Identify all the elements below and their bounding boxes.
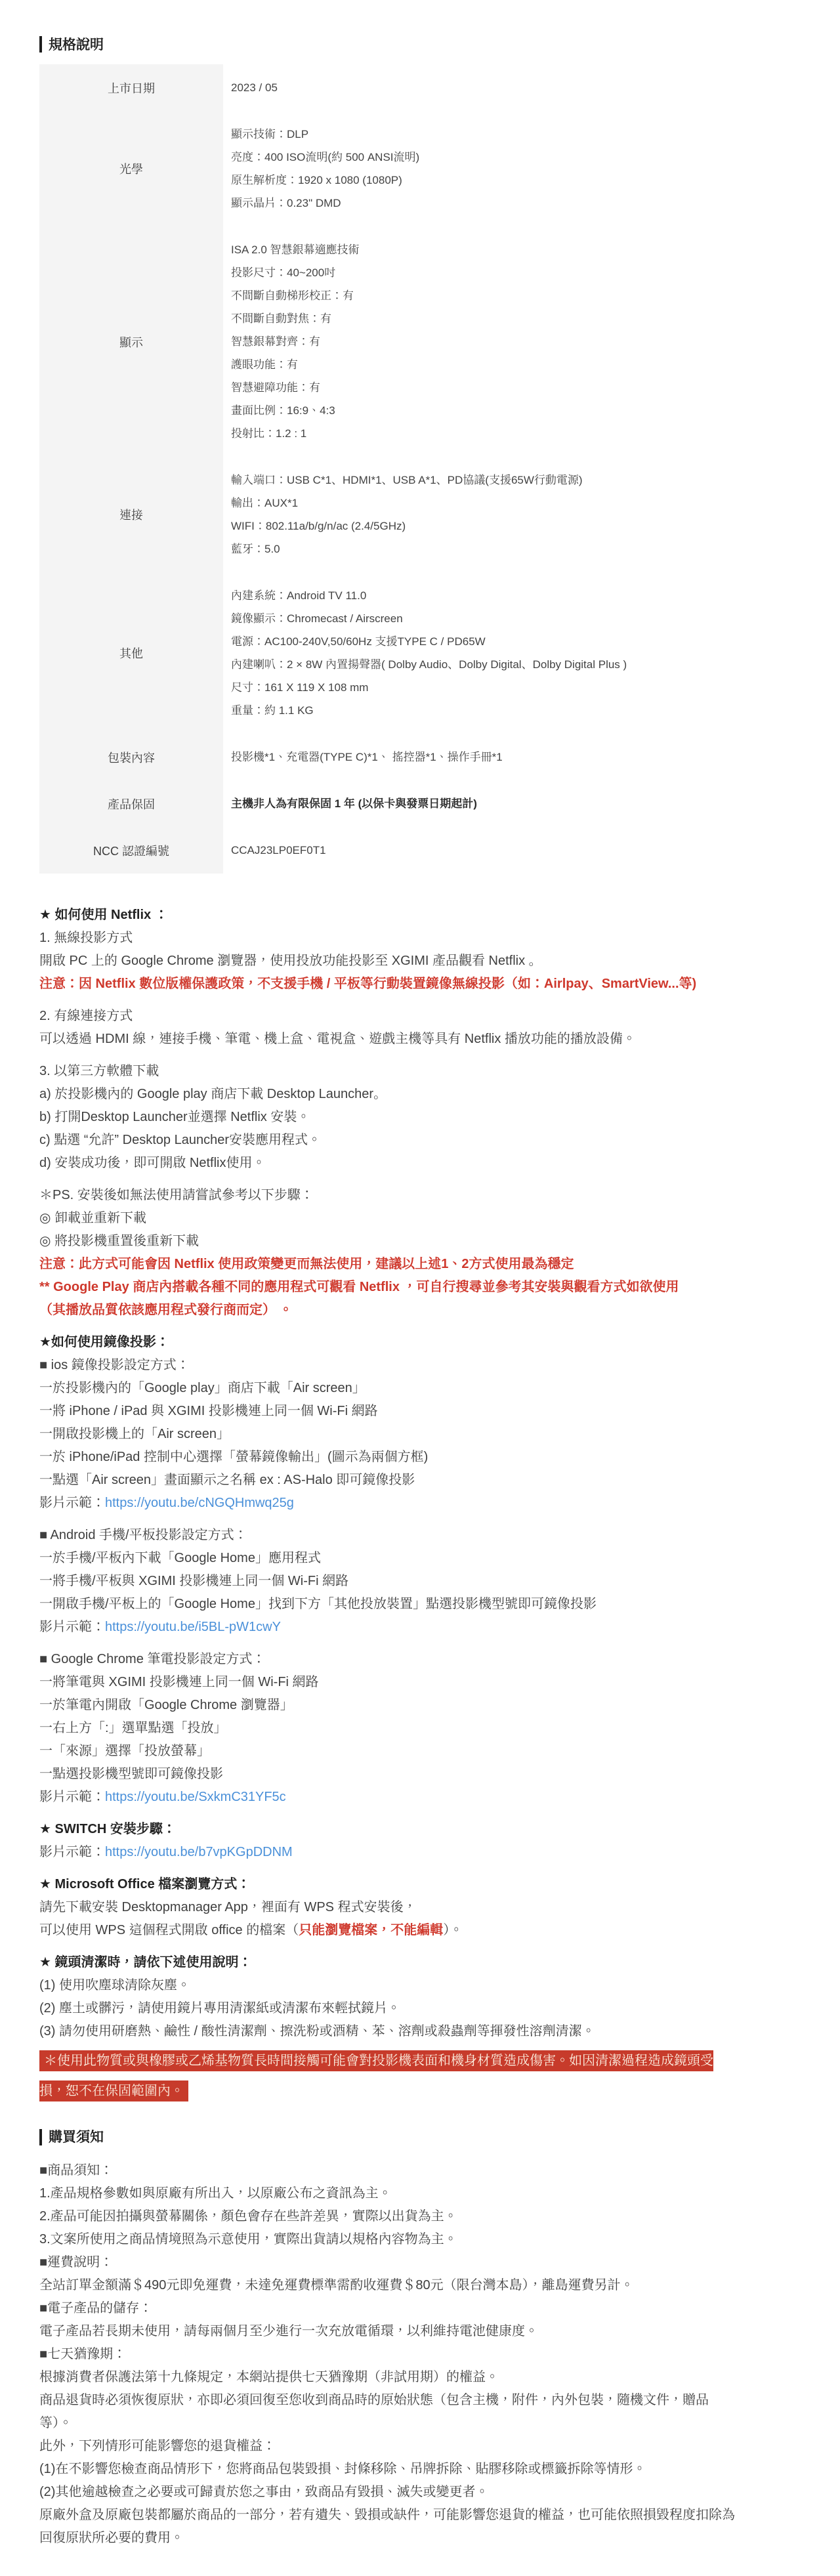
spec-row-others: 其他 內建系統：Android TV 11.0 鏡像顯示：Chromecast … <box>39 572 748 734</box>
purchase-notes-body: ■商品須知： 1.產品規格參數如與原廠有所出入，以原廠公布之資訊為主。 2.產品… <box>39 2159 735 2550</box>
spec-row-label: NCC 認證編號 <box>39 827 223 874</box>
spec-row-value: 投影機*1、充電器(TYPE C)*1、 搖控器*1、操作手冊*1 <box>223 734 748 780</box>
chrome-demo-video-link[interactable]: https://youtu.be/SxkmC31YF5c <box>105 1790 286 1804</box>
spec-row-optics: 光學 顯示技術：DLP 亮度：400 ISO流明(約 500 ANSI流明) 原… <box>39 111 748 226</box>
purchase-notes-section: 購買須知 ■商品須知： 1.產品規格參數如與原廠有所出入，以原廠公布之資訊為主。… <box>39 2126 735 2550</box>
spec-row-warranty: 產品保固 主機非人為有限保固 1 年 (以保卡與發票日期起計) <box>39 780 748 827</box>
ios-demo-video-link[interactable]: https://youtu.be/cNGQHmwq25g <box>105 1496 294 1510</box>
netflix-third-party-method: 3. 以第三方軟體下載 a) 於投影機內的 Google play 商店下載 D… <box>39 1060 735 1175</box>
purchase-section-title: 購買須知 <box>49 2126 104 2149</box>
mirror-ios-steps: ■ ios 鏡像投影設定方式： 一於投影機內的「Google play」商店下載… <box>39 1354 735 1492</box>
spec-row-value: ISA 2.0 智慧銀幕適應技術 投影尺寸：40~200吋 不間斷自動梯形校正：… <box>223 226 748 457</box>
spec-section-header: 規格說明 <box>39 34 748 54</box>
netflix-googleplay-warning: ** Google Play 商店內搭載各種不同的應用程式可觀看 Netflix… <box>39 1276 735 1322</box>
spec-row-label: 顯示 <box>39 226 223 457</box>
product-detail-page: 規格說明 上市日期 2023 / 05 光學 顯示技術：DLP 亮度：400 I… <box>0 0 748 2576</box>
demo-label: 影片示範： <box>39 1496 105 1510</box>
spec-row-value: CCAJ23LP0EF0T1 <box>223 827 748 874</box>
switch-install-title: ★ SWITCH 安裝步驟： <box>39 1818 735 1841</box>
spec-row-value: 主機非人為有限保固 1 年 (以保卡與發票日期起計) <box>223 780 748 827</box>
netflix-wireless-method: 1. 無線投影方式 開啟 PC 上的 Google Chrome 瀏覽器，使用投… <box>39 927 735 973</box>
spec-section: 規格說明 上市日期 2023 / 05 光學 顯示技術：DLP 亮度：400 I… <box>39 34 748 874</box>
netflix-ps-steps: ＊PS. 安裝後如無法使用請嘗試參考以下步驟： ◎ 卸載並重新下載 ◎ 將投影機… <box>39 1184 735 1253</box>
switch-demo: 影片示範：https://youtu.be/b7vpKGpDDNM <box>39 1841 735 1864</box>
mirror-guide-title: ★如何使用鏡像投影： <box>39 1331 735 1354</box>
mirror-android-steps: ■ Android 手機/平板投影設定方式： 一於手機/平板內下載「Google… <box>39 1524 735 1616</box>
purchase-section-header: 購買須知 <box>39 2126 735 2149</box>
spec-row-value: 2023 / 05 <box>223 64 748 111</box>
demo-label: 影片示範： <box>39 1790 105 1804</box>
mirror-android-demo: 影片示範：https://youtu.be/i5BL-pW1cwY <box>39 1616 735 1639</box>
spec-row-value: 顯示技術：DLP 亮度：400 ISO流明(約 500 ANSI流明) 原生解析… <box>223 111 748 226</box>
switch-demo-video-link[interactable]: https://youtu.be/b7vpKGpDDNM <box>105 1845 293 1859</box>
spec-row-ncc-id: NCC 認證編號 CCAJ23LP0EF0T1 <box>39 827 748 874</box>
cleaning-warning-highlight: ＊使用此物質或與橡膠或乙烯基物質長時間接觸可能會對投影機表面和機身材質造成傷害。… <box>39 2050 713 2101</box>
android-demo-video-link[interactable]: https://youtu.be/i5BL-pW1cwY <box>105 1620 281 1634</box>
spec-section-title: 規格說明 <box>49 34 104 54</box>
mirror-chrome-demo: 影片示範：https://youtu.be/SxkmC31YF5c <box>39 1786 735 1809</box>
spec-row-connectivity: 連接 輸入端口：USB C*1、HDMI*1、USB A*1、PD協議(支援65… <box>39 457 748 572</box>
office-line2-post: ）。 <box>443 1923 463 1937</box>
spec-row-label: 連接 <box>39 457 223 572</box>
netflix-wireless-warning: 注意：因 Netflix 數位版權保護政策，不支援手機 / 平板等行動裝置鏡像無… <box>39 973 735 996</box>
demo-label: 影片示範： <box>39 1845 105 1859</box>
header-bar <box>39 36 42 53</box>
cleaning-steps: (1) 使用吹塵球清除灰塵。 (2) 塵土或髒污，請使用鏡片專用清潔紙或清潔布來… <box>39 1974 735 2043</box>
header-bar <box>39 2129 42 2145</box>
spec-row-value: 輸入端口：USB C*1、HDMI*1、USB A*1、PD協議(支援65W行動… <box>223 457 748 572</box>
netflix-wired-method: 2. 有線連接方式 可以透過 HDMI 線，連接手機、筆電、機上盒、電視盒、遊戲… <box>39 1005 735 1051</box>
spec-row-label: 光學 <box>39 111 223 226</box>
cleaning-warning: ＊使用此物質或與橡膠或乙烯基物質長時間接觸可能會對投影機表面和機身材質造成傷害。… <box>39 2046 735 2106</box>
office-guide-line1: 請先下載安裝 Desktopmanager App，裡面有 WPS 程式安裝後， <box>39 1896 735 1919</box>
spec-row-label: 上市日期 <box>39 64 223 111</box>
demo-label: 影片示範： <box>39 1620 105 1634</box>
spec-row-label: 產品保固 <box>39 780 223 827</box>
spec-row-label: 其他 <box>39 572 223 734</box>
office-line2-pre: 可以使用 WPS 這個程式開啟 office 的檔案（ <box>39 1923 299 1937</box>
spec-row-value: 內建系統：Android TV 11.0 鏡像顯示：Chromecast / A… <box>223 572 748 734</box>
office-guide-title: ★ Microsoft Office 檔案瀏覽方式： <box>39 1873 735 1896</box>
netflix-policy-warning: 注意：此方式可能會因 Netflix 使用政策變更而無法使用，建議以上述1、2方… <box>39 1253 735 1276</box>
mirror-chrome-steps: ■ Google Chrome 筆電投影設定方式： 一將筆電與 XGIMI 投影… <box>39 1648 735 1786</box>
spec-row-display: 顯示 ISA 2.0 智慧銀幕適應技術 投影尺寸：40~200吋 不間斷自動梯形… <box>39 226 748 457</box>
netflix-guide-title: ★ 如何使用 Netflix ： <box>39 904 735 927</box>
mirror-ios-demo: 影片示範：https://youtu.be/cNGQHmwq25g <box>39 1492 735 1515</box>
spec-row-label: 包裝內容 <box>39 734 223 780</box>
cleaning-guide-title: ★ 鏡頭清潔時，請依下述使用說明： <box>39 1951 735 1974</box>
spec-table: 上市日期 2023 / 05 光學 顯示技術：DLP 亮度：400 ISO流明(… <box>39 64 748 874</box>
usage-guide: ★ 如何使用 Netflix ： 1. 無線投影方式 開啟 PC 上的 Goog… <box>39 904 735 2550</box>
office-line2-restriction: 只能瀏覽檔案，不能編輯 <box>299 1923 443 1937</box>
office-guide-line2: 可以使用 WPS 這個程式開啟 office 的檔案（只能瀏覽檔案，不能編輯）。 <box>39 1919 735 1942</box>
spec-row-package-contents: 包裝內容 投影機*1、充電器(TYPE C)*1、 搖控器*1、操作手冊*1 <box>39 734 748 780</box>
spec-row-release-date: 上市日期 2023 / 05 <box>39 64 748 111</box>
